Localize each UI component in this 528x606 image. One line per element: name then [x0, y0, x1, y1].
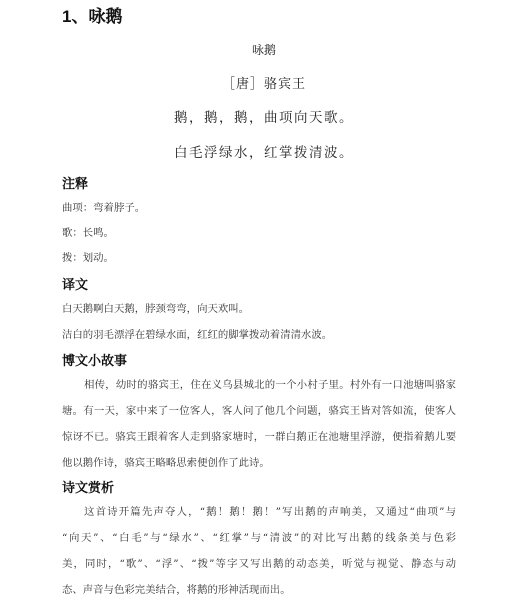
poem-author: ［唐］骆宾王 — [0, 76, 528, 94]
note-item: 拨：划动。 — [62, 250, 114, 266]
document-title: 1、咏鹅 — [62, 6, 122, 28]
section-heading-appreciation: 诗文赏析 — [62, 479, 114, 497]
section-heading-translation: 译文 — [62, 276, 88, 294]
appreciation-line: “向天”、“白毛”与“绿水”、“红掌”与“清波”的对比写出鹅的线条美与色彩 — [62, 530, 456, 546]
translation-line: 洁白的羽毛漂浮在碧绿水面，红红的脚掌拨动着清清水波。 — [62, 327, 332, 343]
appreciation-line: 态、声音与色彩完美结合，将鹅的形神活现而出。 — [62, 582, 456, 598]
story-line: 惊讶不已。骆宾王跟着客人走到骆家塘时，一群白鹅正在池塘里浮游，便指着鹅儿要 — [62, 429, 456, 445]
section-heading-notes: 注释 — [62, 175, 88, 193]
story-line: 他以鹅作诗，骆宾王略略思索便创作了此诗。 — [62, 455, 456, 471]
story-line: 塘。有一天，家中来了一位客人，客人问了他几个问题，骆宾王皆对答如流，使客人 — [62, 403, 456, 419]
appreciation-line: 这首诗开篇先声夺人，“鹅！鹅！鹅！”写出鹅的声响美，又通过“曲项”与 — [62, 504, 456, 520]
poem-title: 咏鹅 — [0, 41, 528, 59]
translation-line: 白天鹅啊白天鹅，脖颈弯弯，向天欢叫。 — [62, 301, 249, 317]
note-item: 曲项：弯着脖子。 — [62, 200, 145, 216]
note-item: 歌：长鸣。 — [62, 225, 114, 241]
section-heading-story: 博文小故事 — [62, 352, 127, 370]
poem-line: 鹅，鹅，鹅，曲项向天歌。 — [0, 109, 528, 127]
poem-line: 白毛浮绿水，红掌拨清波。 — [0, 144, 528, 162]
appreciation-line: 美，同时，“歌”、“浮”、“拨”等字又写出鹅的动态美，听觉与视觉、静态与动 — [62, 556, 456, 572]
story-line: 相传，幼时的骆宾王，住在义乌县城北的一个小村子里。村外有一口池塘叫骆家 — [62, 377, 456, 393]
